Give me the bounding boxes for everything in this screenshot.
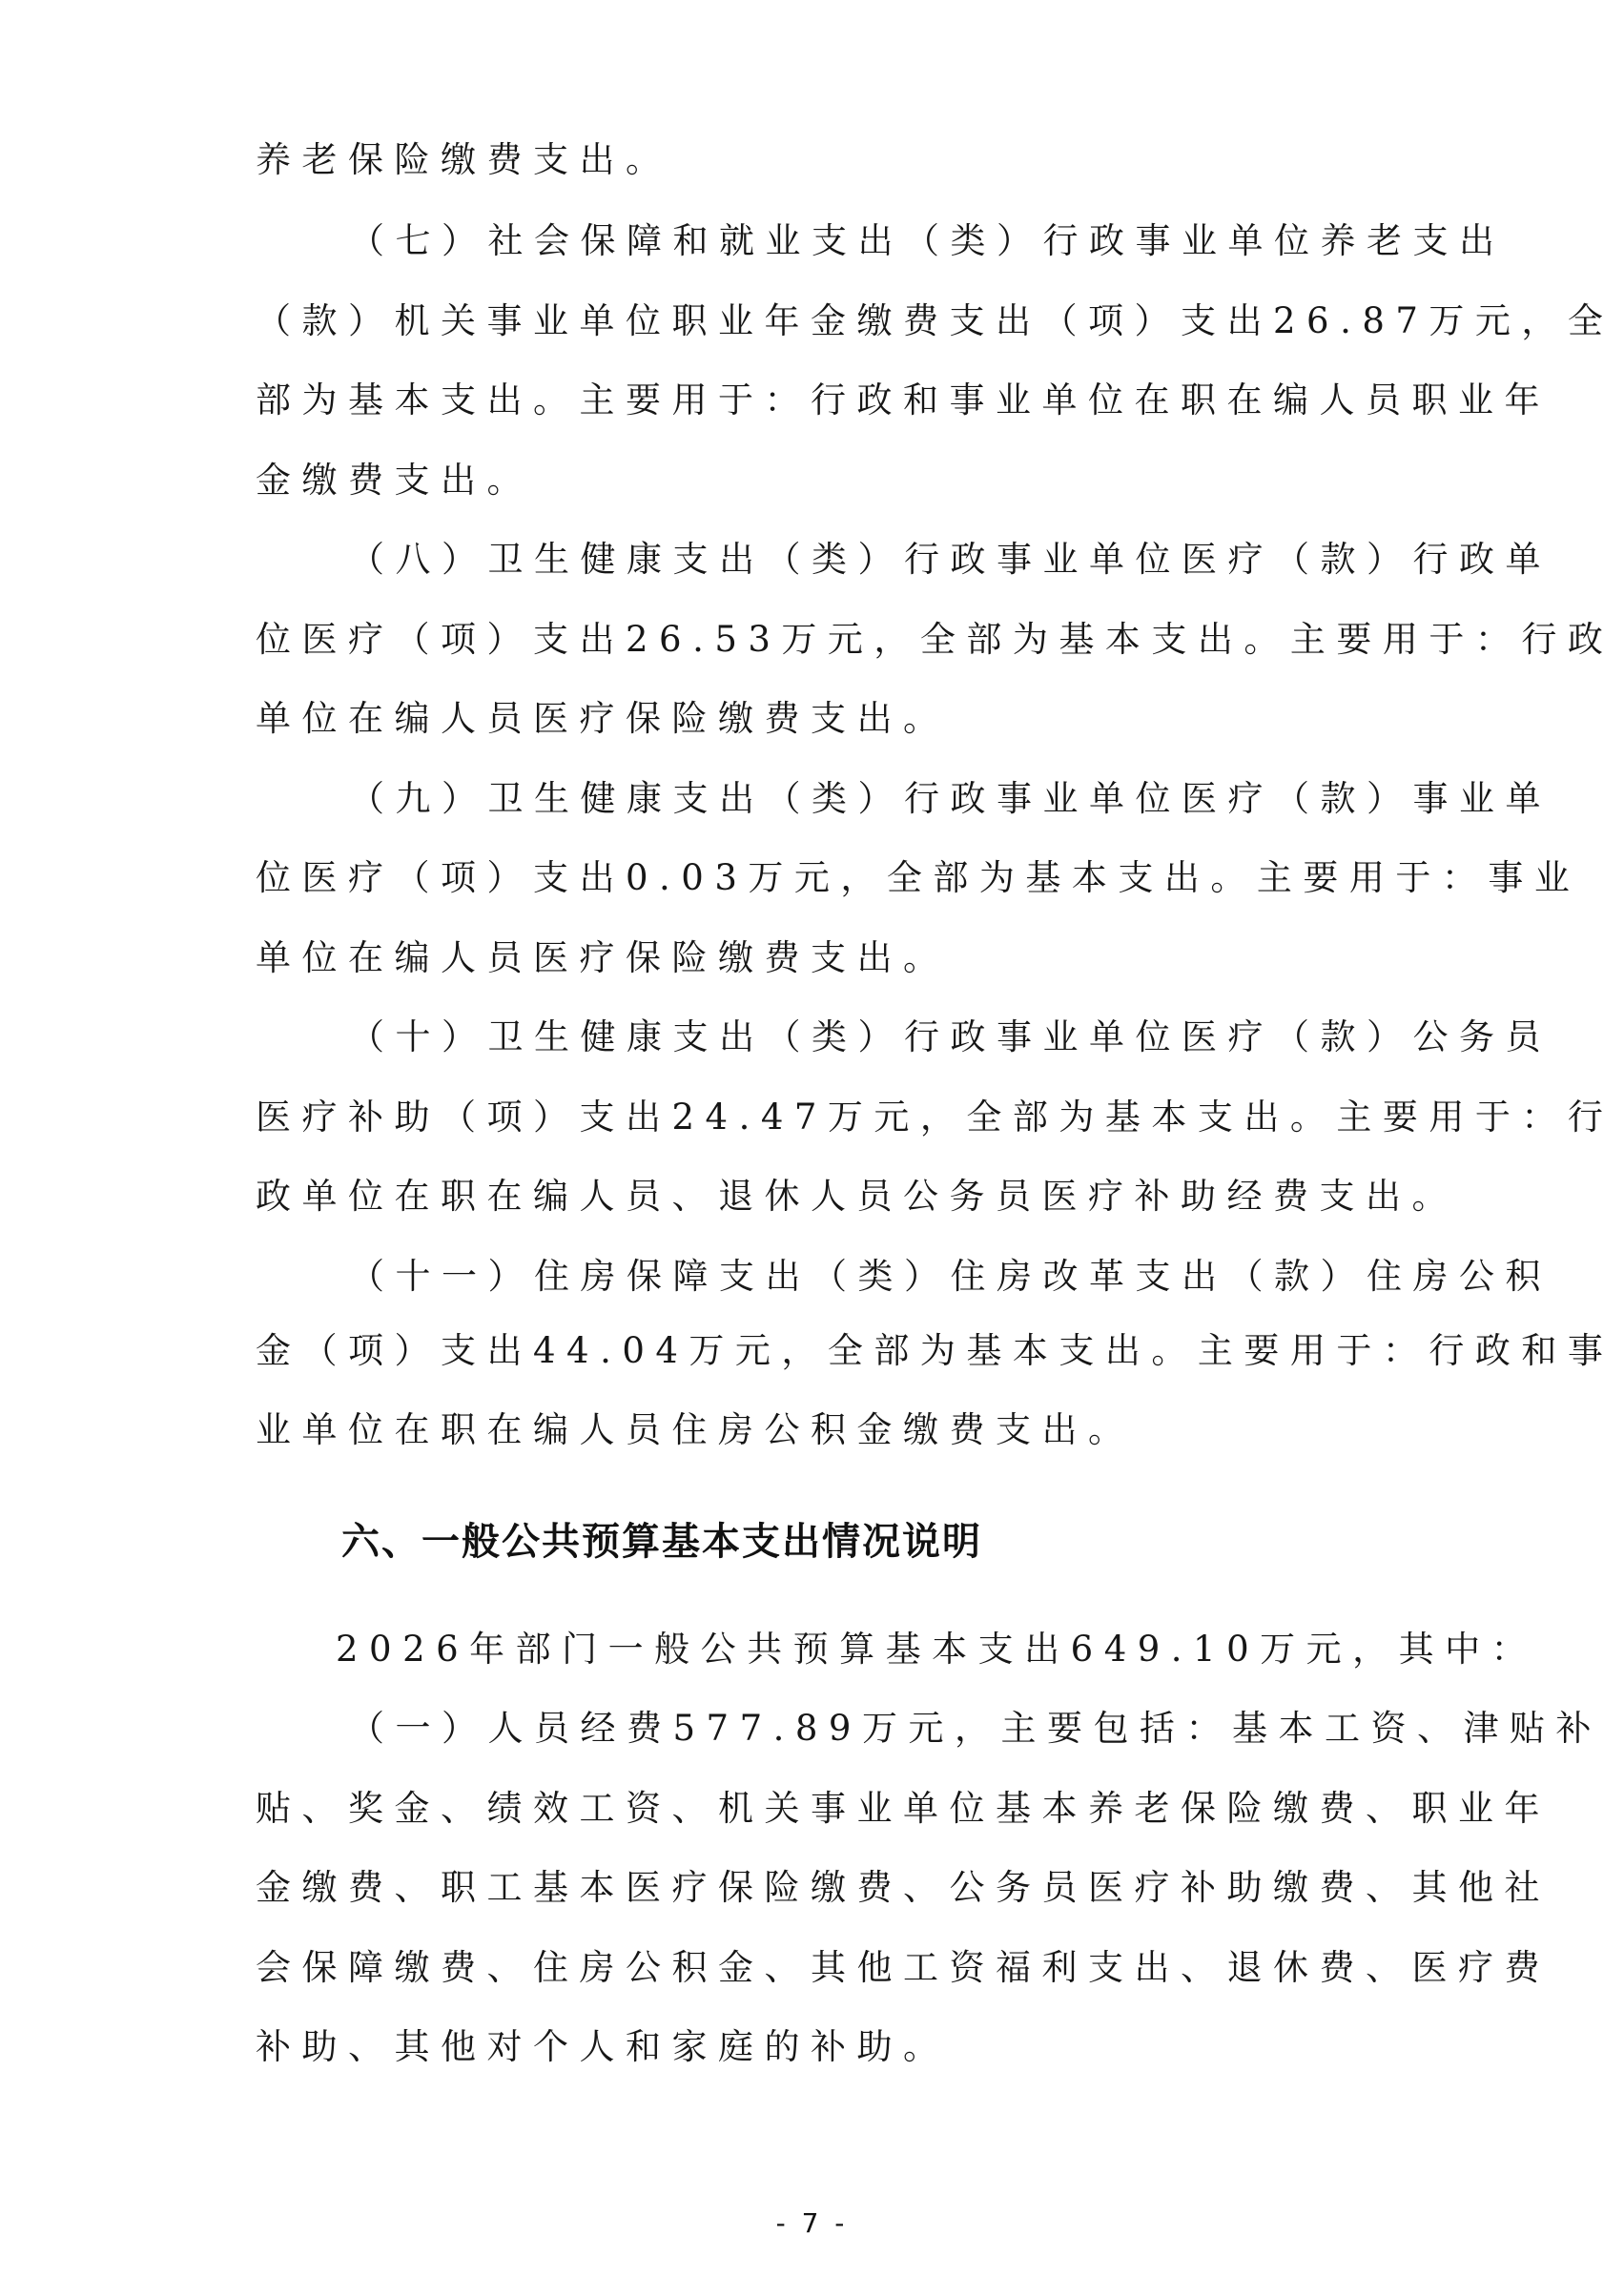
section-heading: 六、一般公共预算基本支出情况说明 xyxy=(341,1511,982,1572)
paragraph-line: 贴、奖金、绩效工资、机关事业单位基本养老保险缴费、职业年 xyxy=(256,1780,1383,1837)
paragraph-line: 金（项）支出44.04万元，全部为基本支出。主要用于：行政和事 xyxy=(256,1323,1383,1380)
paragraph-line: （十）卫生健康支出（类）行政事业单位医疗（款）公务员 xyxy=(349,1009,1383,1066)
paragraph-line: 位医疗（项）支出0.03万元，全部为基本支出。主要用于：事业 xyxy=(256,850,1383,907)
paragraph-line: （八）卫生健康支出（类）行政事业单位医疗（款）行政单 xyxy=(349,531,1383,588)
document-page: 养老保险缴费支出。 （七）社会保障和就业支出（类）行政事业单位养老支出 （款）机… xyxy=(0,0,1624,2276)
paragraph-line: 补助、其他对个人和家庭的补助。 xyxy=(256,2019,1383,2076)
paragraph-line: 金缴费、职工基本医疗保险缴费、公务员医疗补助缴费、其他社 xyxy=(256,1859,1383,1917)
page-number: - 7 - xyxy=(0,2204,1624,2243)
paragraph-line: 养老保险缴费支出。 xyxy=(256,132,1383,189)
paragraph-line: 业单位在职在编人员住房公积金缴费支出。 xyxy=(256,1402,1383,1459)
paragraph-line: 位医疗（项）支出26.53万元，全部为基本支出。主要用于：行政 xyxy=(256,611,1383,668)
paragraph-line: （七）社会保障和就业支出（类）行政事业单位养老支出 xyxy=(349,213,1383,270)
paragraph-line: （九）卫生健康支出（类）行政事业单位医疗（款）事业单 xyxy=(349,770,1383,828)
paragraph-line: 医疗补助（项）支出24.47万元，全部为基本支出。主要用于：行 xyxy=(256,1089,1383,1146)
paragraph-line: 会保障缴费、住房公积金、其他工资福利支出、退休费、医疗费 xyxy=(256,1939,1383,1997)
paragraph-line: 部为基本支出。主要用于：行政和事业单位在职在编人员职业年 xyxy=(256,372,1383,429)
paragraph-line: 单位在编人员医疗保险缴费支出。 xyxy=(256,690,1383,748)
paragraph-line: 金缴费支出。 xyxy=(256,452,1383,509)
paragraph-line: 政单位在职在编人员、退休人员公务员医疗补助经费支出。 xyxy=(256,1168,1383,1225)
paragraph-line: （一）人员经费577.89万元，主要包括：基本工资、津贴补 xyxy=(349,1700,1383,1757)
paragraph-line: 2026年部门一般公共预算基本支出649.10万元，其中： xyxy=(336,1621,1369,1678)
paragraph-line: 单位在编人员医疗保险缴费支出。 xyxy=(256,930,1383,987)
paragraph-line: （款）机关事业单位职业年金缴费支出（项）支出26.87万元，全 xyxy=(256,293,1383,350)
paragraph-line: （十一）住房保障支出（类）住房改革支出（款）住房公积 xyxy=(349,1248,1383,1305)
